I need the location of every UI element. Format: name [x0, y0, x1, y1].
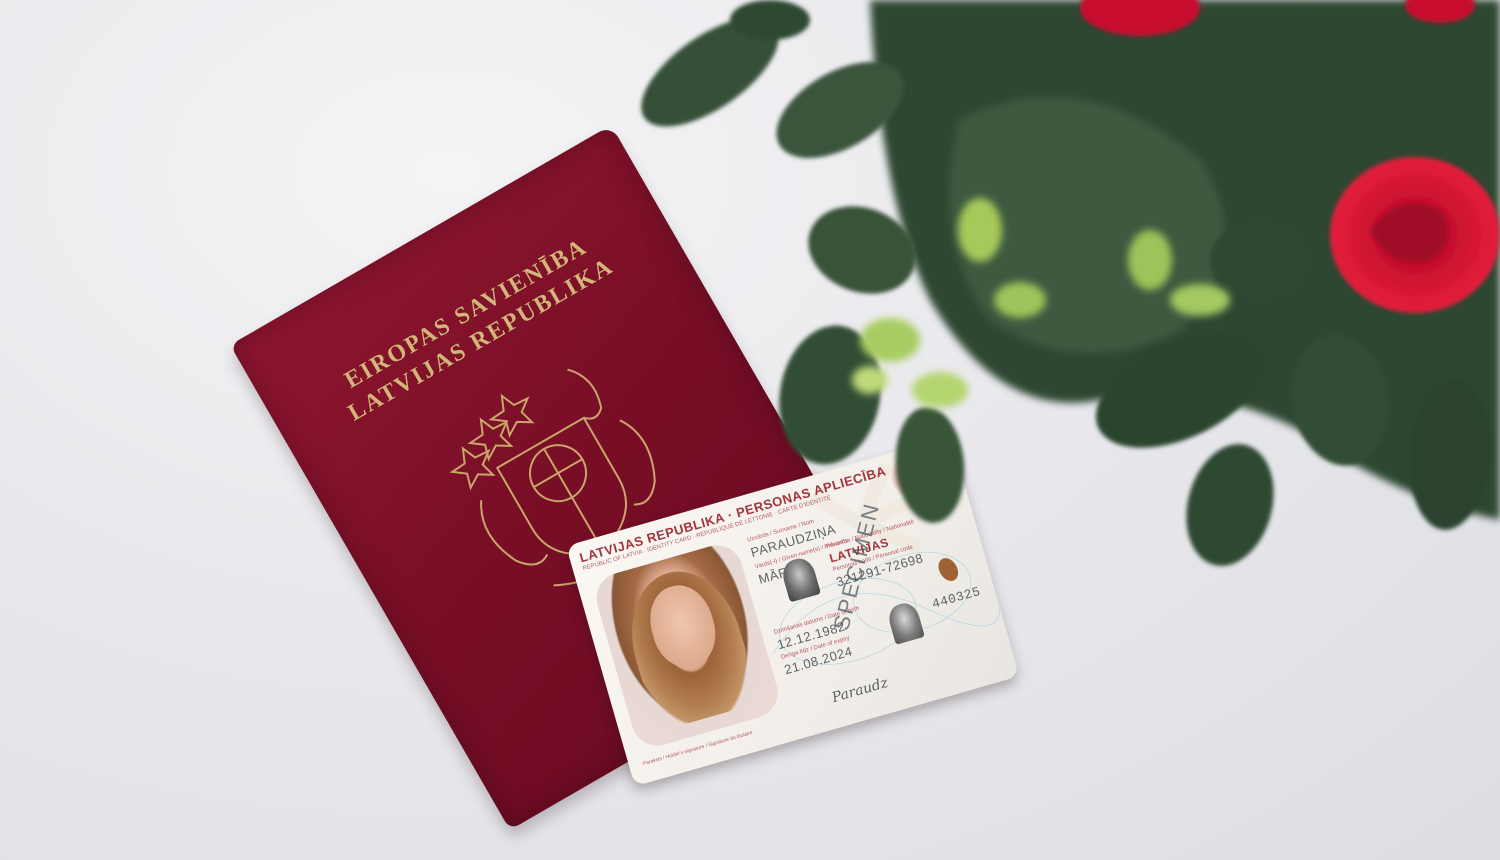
new-shoots: [852, 198, 1230, 408]
foliage-mass: [870, 0, 1500, 520]
red-roses: [1080, 0, 1500, 313]
photo-scene: EIROPAS SAVIENĪBA LATVIJAS REPUBLIKA PAS…: [0, 0, 1500, 860]
